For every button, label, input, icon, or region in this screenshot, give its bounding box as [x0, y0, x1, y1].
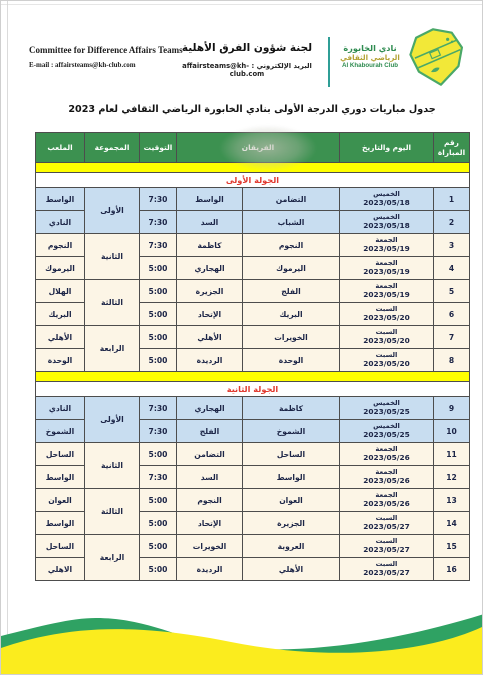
team-away-cell: الإتحاد [177, 303, 243, 326]
team-home-cell: الفلج [243, 280, 340, 303]
match-time-cell: 5:00 [140, 349, 177, 372]
group-cell: الثالثة [85, 489, 140, 535]
group-cell: الثانية [85, 443, 140, 489]
stadium-cell: الواسط [36, 512, 85, 535]
match-time-cell: 5:00 [140, 512, 177, 535]
match-number-cell: 10 [434, 420, 470, 443]
col-header-group: المجموعة [85, 133, 140, 163]
match-time-cell: 5:00 [140, 558, 177, 581]
match-row: 1الخميس2023/05/18التضامنالواسط7:30الأولى… [36, 188, 470, 211]
match-row: 15السبت2023/05/27العروبةالخويرات5:00الرا… [36, 535, 470, 558]
yellow-separator-cell [36, 163, 470, 173]
match-date-cell: الجمعة2023/05/26 [340, 466, 434, 489]
match-date-cell: السبت2023/05/20 [340, 303, 434, 326]
team-home-cell: الشباب [243, 211, 340, 234]
match-row: 5الجمعة2023/05/19الفلجالجزيرة5:00الثالثة… [36, 280, 470, 303]
club-name-block: نادي الخابورة الرياضي الثقافي Al Khabour… [335, 43, 405, 70]
letterhead: Committee for Difference Affairs Teams E… [1, 25, 482, 97]
team-away-cell: الواسط [177, 188, 243, 211]
email-ar-label: البريد الإلكتروني : [251, 62, 311, 70]
match-date-cell: السبت2023/05/27 [340, 512, 434, 535]
round-title-row: الجولة الثانية [36, 382, 470, 397]
match-date: 2023/05/26 [341, 454, 432, 463]
match-date: 2023/05/27 [341, 523, 432, 532]
match-date: 2023/05/26 [341, 477, 432, 486]
match-time-cell: 7:30 [140, 188, 177, 211]
col-header-teams: الفريقان [177, 133, 340, 163]
team-home-cell: الساحل [243, 443, 340, 466]
scan-edge-top [1, 4, 482, 5]
match-date-cell: السبت2023/05/27 [340, 558, 434, 581]
club-name-ar-line2: الرياضي الثقافي [335, 53, 405, 62]
match-number-cell: 16 [434, 558, 470, 581]
match-time-cell: 7:30 [140, 466, 177, 489]
col-header-time: التوقيت [140, 133, 177, 163]
match-time-cell: 7:30 [140, 211, 177, 234]
team-away-cell: الفلج [177, 420, 243, 443]
wave-decoration [1, 584, 483, 674]
match-date-cell: الخميس2023/05/25 [340, 397, 434, 420]
match-row: 11الجمعة2023/05/26الساحلالتضامن5:00الثان… [36, 443, 470, 466]
wave-yellow-band [1, 626, 483, 674]
match-time-cell: 5:00 [140, 443, 177, 466]
team-home-cell: الواسط [243, 466, 340, 489]
match-row: 13الجمعة2023/05/26العوانالنجوم5:00الثالث… [36, 489, 470, 512]
header-divider [328, 37, 330, 87]
match-number-cell: 4 [434, 257, 470, 280]
team-home-cell: الشموخ [243, 420, 340, 443]
stadium-cell: اليرموك [36, 257, 85, 280]
team-home-cell: اليرموك [243, 257, 340, 280]
stadium-cell: البريك [36, 303, 85, 326]
team-away-cell: الخويرات [177, 535, 243, 558]
stadium-cell: الأهلي [36, 326, 85, 349]
match-row: 7السبت2023/05/20الخويراتالأهلي5:00الرابع… [36, 326, 470, 349]
match-number-cell: 7 [434, 326, 470, 349]
match-time-cell: 5:00 [140, 489, 177, 512]
team-away-cell: الهجاري [177, 397, 243, 420]
match-date: 2023/05/27 [341, 546, 432, 555]
team-away-cell: النجوم [177, 489, 243, 512]
group-cell: الرابعة [85, 535, 140, 581]
match-date: 2023/05/18 [341, 199, 432, 208]
group-cell: الأولى [85, 397, 140, 443]
committee-name-ar: لجنة شؤون الفرق الأهلية [173, 42, 321, 54]
match-date: 2023/05/26 [341, 500, 432, 509]
schedule-table: رقم المباراة اليوم والتاريخ الفريقان الت… [35, 132, 470, 581]
match-date: 2023/05/19 [341, 245, 432, 254]
team-away-cell: الأهلي [177, 326, 243, 349]
match-date: 2023/05/19 [341, 268, 432, 277]
match-date-cell: السبت2023/05/27 [340, 535, 434, 558]
match-number-cell: 9 [434, 397, 470, 420]
team-away-cell: الإتحاد [177, 512, 243, 535]
match-number-cell: 14 [434, 512, 470, 535]
match-time-cell: 7:30 [140, 420, 177, 443]
yellow-separator-row [36, 163, 470, 173]
match-time-cell: 7:30 [140, 234, 177, 257]
match-date-cell: الجمعة2023/05/19 [340, 280, 434, 303]
match-date: 2023/05/25 [341, 408, 432, 417]
stadium-cell: الوحدة [36, 349, 85, 372]
match-date-cell: الخميس2023/05/25 [340, 420, 434, 443]
team-away-cell: الرديدة [177, 349, 243, 372]
match-time-cell: 5:00 [140, 257, 177, 280]
stadium-cell: الساحل [36, 443, 85, 466]
page-title: جدول مباريات دوري الدرجة الأولى بنادي ال… [35, 104, 469, 115]
match-date-cell: الجمعة2023/05/26 [340, 443, 434, 466]
team-away-cell: الهجاري [177, 257, 243, 280]
stadium-cell: العوان [36, 489, 85, 512]
match-date-cell: السبت2023/05/20 [340, 349, 434, 372]
team-home-cell: التضامن [243, 188, 340, 211]
team-home-cell: العوان [243, 489, 340, 512]
match-date-cell: السبت2023/05/20 [340, 326, 434, 349]
match-number-cell: 13 [434, 489, 470, 512]
scanned-schedule-document: Committee for Difference Affairs Teams E… [0, 0, 483, 675]
team-away-cell: السد [177, 211, 243, 234]
col-header-day-date: اليوم والتاريخ [340, 133, 434, 163]
col-header-match-no: رقم المباراة [434, 133, 470, 163]
group-cell: الأولى [85, 188, 140, 234]
match-number-cell: 12 [434, 466, 470, 489]
match-time-cell: 5:00 [140, 535, 177, 558]
match-number-cell: 2 [434, 211, 470, 234]
stadium-cell: الشموخ [36, 420, 85, 443]
match-time-cell: 5:00 [140, 303, 177, 326]
team-home-cell: الوحدة [243, 349, 340, 372]
group-cell: الرابعة [85, 326, 140, 372]
team-home-cell: النجوم [243, 234, 340, 257]
match-number-cell: 6 [434, 303, 470, 326]
match-number-cell: 11 [434, 443, 470, 466]
match-row: 9الخميس2023/05/25كاظمةالهجاري7:30الأولىا… [36, 397, 470, 420]
col-header-stadium: الملعب [36, 133, 85, 163]
match-time-cell: 7:30 [140, 397, 177, 420]
yellow-separator-cell [36, 372, 470, 382]
stadium-cell: الواسط [36, 466, 85, 489]
committee-email-ar: البريد الإلكتروني : affairsteams@kh-club… [169, 62, 325, 78]
team-home-cell: الجزيرة [243, 512, 340, 535]
club-shield-logo-icon [405, 25, 469, 89]
match-time-cell: 5:00 [140, 326, 177, 349]
match-number-cell: 1 [434, 188, 470, 211]
table-header-row: رقم المباراة اليوم والتاريخ الفريقان الت… [36, 133, 470, 163]
team-away-cell: الرديدة [177, 558, 243, 581]
match-date: 2023/05/20 [341, 314, 432, 323]
match-time-cell: 5:00 [140, 280, 177, 303]
match-date-cell: الخميس2023/05/18 [340, 188, 434, 211]
stadium-cell: النادي [36, 397, 85, 420]
group-cell: الثالثة [85, 280, 140, 326]
schedule-table-container: رقم المباراة اليوم والتاريخ الفريقان الت… [35, 132, 469, 581]
stadium-cell: الساحل [36, 535, 85, 558]
match-date: 2023/05/19 [341, 291, 432, 300]
match-number-cell: 3 [434, 234, 470, 257]
match-date-cell: الجمعة2023/05/19 [340, 234, 434, 257]
stadium-cell: النادي [36, 211, 85, 234]
yellow-separator-row [36, 372, 470, 382]
round-title: الجولة الثانية [36, 382, 470, 397]
team-away-cell: الجزيرة [177, 280, 243, 303]
match-number-cell: 5 [434, 280, 470, 303]
match-date-cell: الجمعة2023/05/26 [340, 489, 434, 512]
team-home-cell: الأهلي [243, 558, 340, 581]
stadium-cell: الاهلي [36, 558, 85, 581]
group-cell: الثانية [85, 234, 140, 280]
team-home-cell: العروبة [243, 535, 340, 558]
team-home-cell: البريك [243, 303, 340, 326]
match-number-cell: 15 [434, 535, 470, 558]
match-row: 3الجمعة2023/05/19النجومكاظمة7:30الثانيةا… [36, 234, 470, 257]
match-date-cell: الخميس2023/05/18 [340, 211, 434, 234]
stadium-cell: الهلال [36, 280, 85, 303]
club-name-en: Al Khabourah Club [335, 62, 405, 70]
match-date: 2023/05/25 [341, 431, 432, 440]
round-title-row: الجولة الأولى [36, 173, 470, 188]
club-name-ar-line1: نادي الخابورة [335, 43, 405, 53]
match-date-cell: الجمعة2023/05/19 [340, 257, 434, 280]
match-date: 2023/05/18 [341, 222, 432, 231]
match-date: 2023/05/27 [341, 569, 432, 578]
team-home-cell: كاظمة [243, 397, 340, 420]
team-away-cell: التضامن [177, 443, 243, 466]
stadium-cell: النجوم [36, 234, 85, 257]
match-date: 2023/05/20 [341, 337, 432, 346]
scan-edge-left [7, 1, 8, 674]
round-title: الجولة الأولى [36, 173, 470, 188]
team-away-cell: كاظمة [177, 234, 243, 257]
match-number-cell: 8 [434, 349, 470, 372]
committee-name-en: Committee for Difference Affairs Teams [29, 45, 189, 56]
team-away-cell: السد [177, 466, 243, 489]
schedule-table-body: الجولة الأولى1الخميس2023/05/18التضامنالو… [36, 163, 470, 581]
match-date: 2023/05/20 [341, 360, 432, 369]
team-home-cell: الخويرات [243, 326, 340, 349]
stadium-cell: الواسط [36, 188, 85, 211]
